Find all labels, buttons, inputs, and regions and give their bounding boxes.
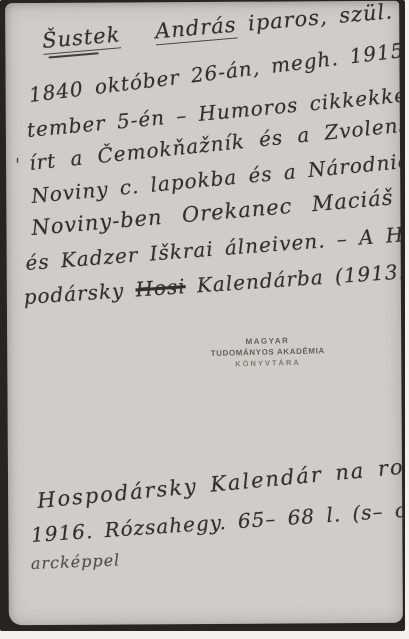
stamp-line-3: KÖNYVTÁRA	[205, 356, 330, 370]
word-spacer	[131, 20, 145, 45]
paper-page: ' Šustek András iparos, szül. 1840 októb…	[5, 1, 403, 625]
line-8-pre: podársky	[23, 278, 137, 309]
firstname-underlined: András	[154, 13, 237, 46]
bottom-note-line-3: arcképpel	[30, 550, 120, 573]
scanned-page: ' Šustek András iparos, szül. 1840 októb…	[0, 0, 409, 639]
crossed-out-word: Hosi	[135, 274, 187, 301]
stray-ink-mark: '	[15, 155, 20, 176]
surname-underlined: Šustek	[41, 22, 121, 55]
library-stamp: MAGYAR TUDOMÁNYOS AKADÉMIA KÖNYVTÁRA	[205, 334, 331, 370]
line-1-rest: iparos, szül.	[247, 1, 394, 36]
line-8-post: Kalendárba (1913:16	[196, 258, 403, 298]
